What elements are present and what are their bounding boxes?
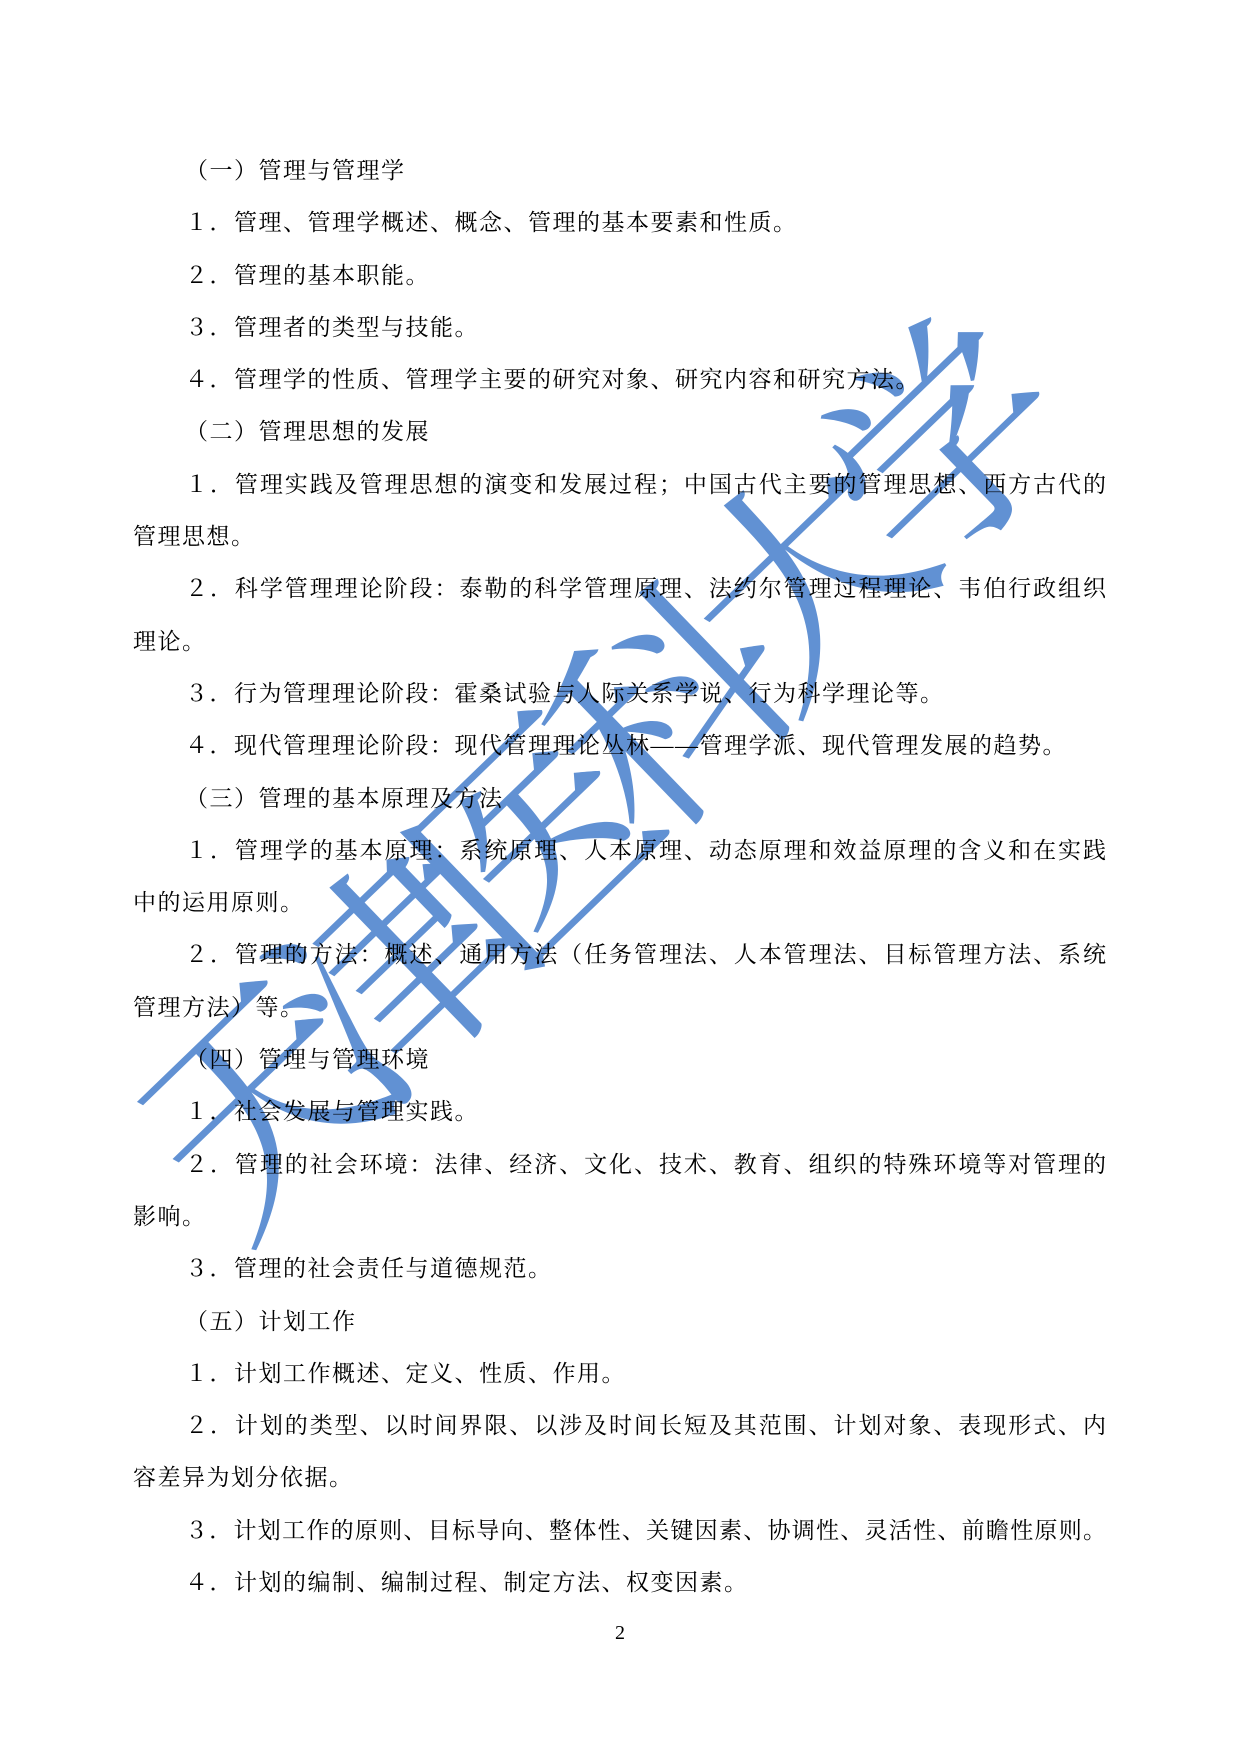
document-line: ３．计划工作的原则、目标导向、整体性、关键因素、协调性、灵活性、前瞻性原则。	[133, 1505, 1107, 1557]
document-line: 管理方法）等。	[133, 982, 1107, 1034]
document-line: ３．管理者的类型与技能。	[133, 302, 1107, 354]
page-number: 2	[133, 1622, 1107, 1645]
section-heading-4: （四）管理与管理环境	[133, 1034, 1107, 1086]
document-body: （一）管理与管理学 １．管理、管理学概述、概念、管理的基本要素和性质。 ２．管理…	[133, 145, 1107, 1609]
document-line: ４．计划的编制、编制过程、制定方法、权变因素。	[133, 1557, 1107, 1609]
section-heading-5: （五）计划工作	[133, 1296, 1107, 1348]
document-page: 天津医科大学 （一）管理与管理学 １．管理、管理学概述、概念、管理的基本要素和性…	[0, 0, 1240, 1754]
document-line: ４．现代管理理论阶段：现代管理理论丛林——管理学派、现代管理发展的趋势。	[133, 720, 1107, 772]
document-line: ２．管理的社会环境：法律、经济、文化、技术、教育、组织的特殊环境等对管理的	[133, 1139, 1107, 1191]
document-line: 中的运用原则。	[133, 877, 1107, 929]
document-line: ３．行为管理理论阶段：霍桑试验与人际关系学说、行为科学理论等。	[133, 668, 1107, 720]
document-line: ２．管理的方法：概述、通用方法（任务管理法、人本管理法、目标管理方法、系统	[133, 929, 1107, 981]
document-line: 影响。	[133, 1191, 1107, 1243]
document-line: １．管理、管理学概述、概念、管理的基本要素和性质。	[133, 197, 1107, 249]
section-heading-2: （二）管理思想的发展	[133, 406, 1107, 458]
document-line: １．管理学的基本原理：系统原理、人本原理、动态原理和效益原理的含义和在实践	[133, 825, 1107, 877]
document-line: １．计划工作概述、定义、性质、作用。	[133, 1348, 1107, 1400]
document-line: ２．科学管理理论阶段：泰勒的科学管理原理、法约尔管理过程理论、韦伯行政组织	[133, 563, 1107, 615]
document-line: ４．管理学的性质、管理学主要的研究对象、研究内容和研究方法。	[133, 354, 1107, 406]
document-line: ２．管理的基本职能。	[133, 250, 1107, 302]
document-line: １．社会发展与管理实践。	[133, 1086, 1107, 1138]
document-line: 容差异为划分依据。	[133, 1452, 1107, 1504]
section-heading-1: （一）管理与管理学	[133, 145, 1107, 197]
document-line: ３．管理的社会责任与道德规范。	[133, 1243, 1107, 1295]
document-line: １．管理实践及管理思想的演变和发展过程；中国古代主要的管理思想、西方古代的	[133, 459, 1107, 511]
document-line: 管理思想。	[133, 511, 1107, 563]
document-line: ２．计划的类型、以时间界限、以涉及时间长短及其范围、计划对象、表现形式、内	[133, 1400, 1107, 1452]
section-heading-3: （三）管理的基本原理及方法	[133, 773, 1107, 825]
document-line: 理论。	[133, 616, 1107, 668]
